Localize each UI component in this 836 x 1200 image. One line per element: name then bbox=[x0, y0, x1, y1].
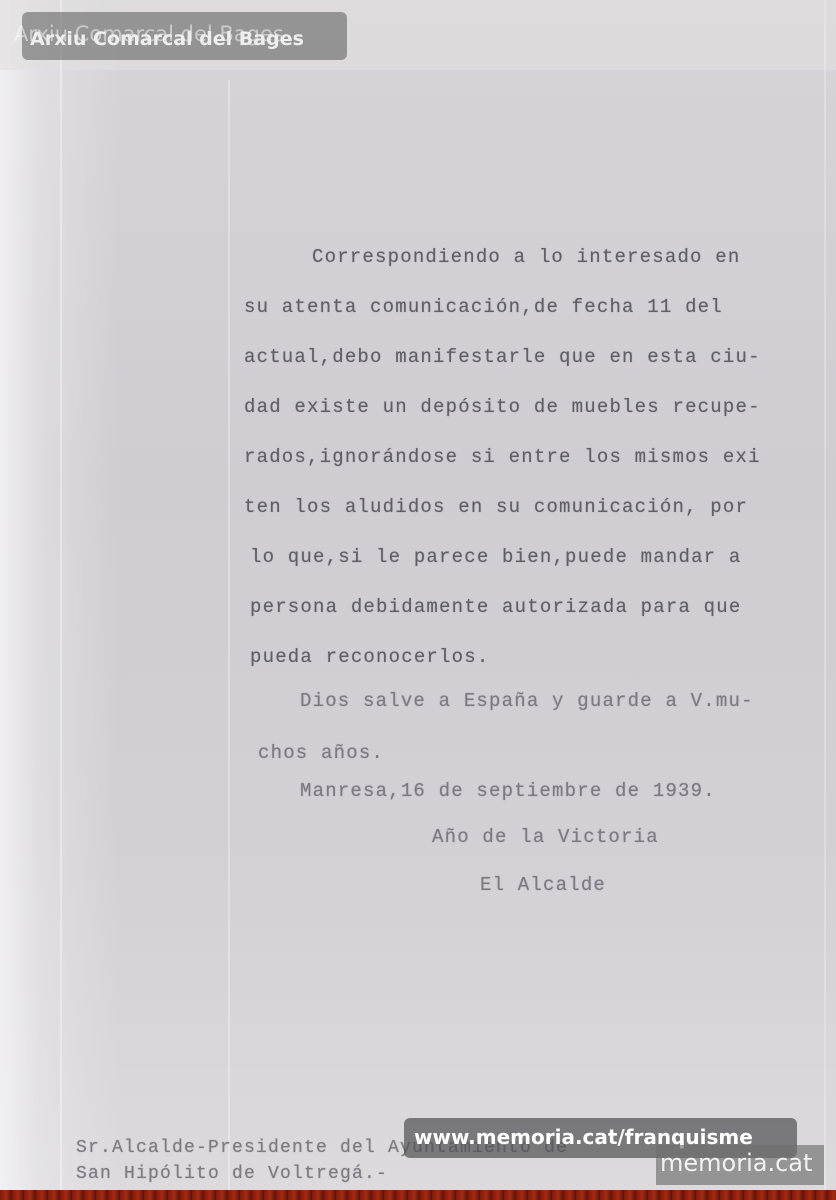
closing-line: chos años. bbox=[258, 742, 384, 764]
paper-fold bbox=[824, 0, 826, 1190]
archive-watermark: Arxiu Comarcal del Bages bbox=[30, 28, 304, 50]
body-line: actual,debo manifestarle que en esta ciu… bbox=[244, 346, 761, 368]
body-line: persona debidamente autorizada para que bbox=[250, 596, 741, 618]
year-motto: Año de la Victoria bbox=[432, 826, 659, 848]
place-date: Manresa,16 de septiembre de 1939. bbox=[300, 780, 716, 802]
body-line: su atenta comunicación,de fecha 11 del bbox=[244, 296, 723, 318]
body-line: rados,ignorándose si entre los mismos ex… bbox=[244, 446, 761, 468]
paper-fold bbox=[60, 0, 62, 1190]
body-line: Correspondiendo a lo interesado en bbox=[312, 246, 740, 268]
site-watermark: memoria.cat bbox=[660, 1149, 812, 1177]
closing-line: Dios salve a España y guarde a V.mu- bbox=[300, 690, 754, 712]
body-line: lo que,si le parece bien,puede mandar a bbox=[250, 546, 741, 568]
body-line: pueda reconocerlos. bbox=[250, 646, 489, 668]
paper-fold bbox=[228, 80, 230, 1190]
body-line: dad existe un depósito de muebles recupe… bbox=[244, 396, 761, 418]
addressee-line: San Hipólito de Voltregá.- bbox=[76, 1164, 388, 1184]
signature: El Alcalde bbox=[480, 874, 606, 896]
body-line: ten los aludidos en su comunicación, por bbox=[244, 496, 748, 518]
table-surface bbox=[0, 1190, 836, 1200]
document-paper bbox=[0, 0, 836, 1190]
